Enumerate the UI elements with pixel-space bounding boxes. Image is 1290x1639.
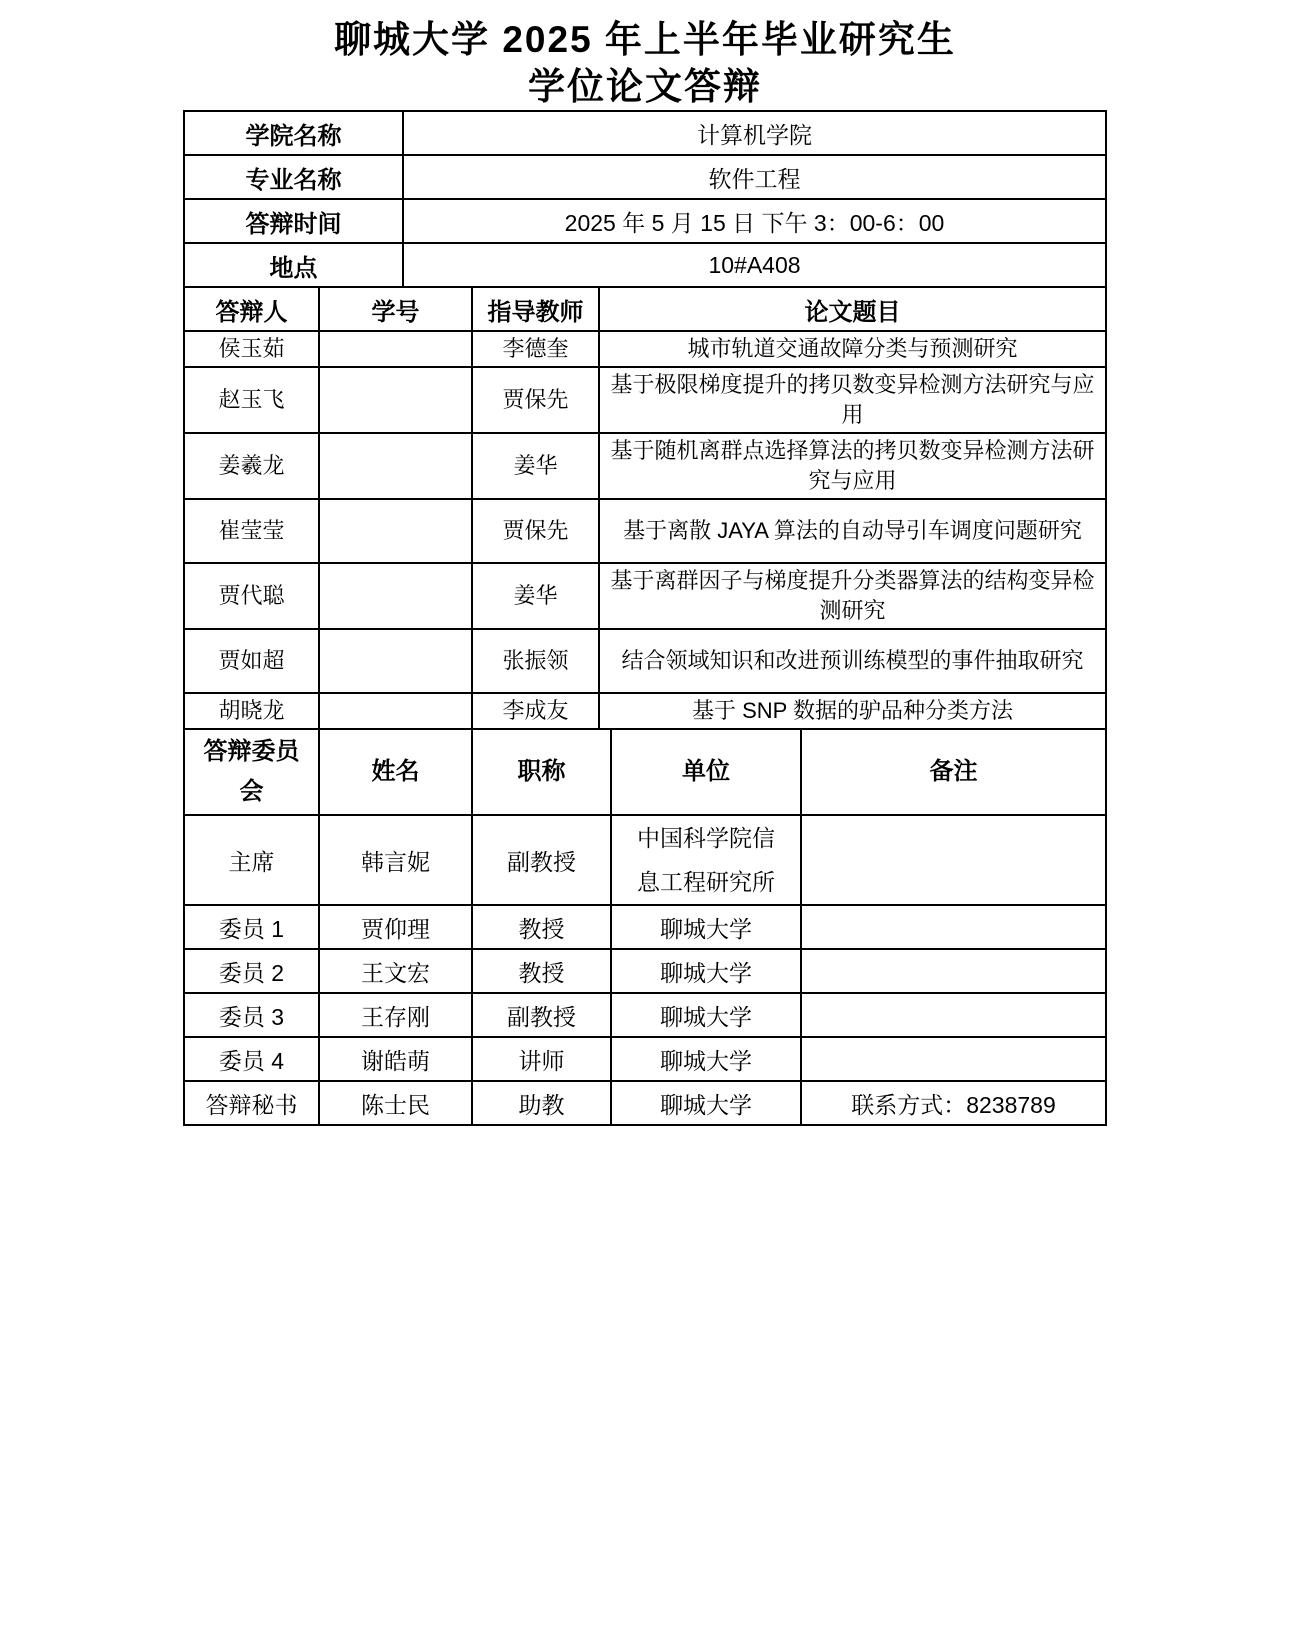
info-table: 学院名称 计算机学院 专业名称 软件工程 答辩时间 2025 年 5 月 15 … [183, 110, 1107, 288]
member-name: 贾仰理 [319, 905, 472, 949]
info-value-college: 计算机学院 [403, 111, 1106, 155]
supervisor-name: 贾保先 [472, 499, 599, 563]
info-value-time: 2025 年 5 月 15 日 下午 3：00-6：00 [403, 199, 1106, 243]
member-note [801, 815, 1106, 905]
member-name: 王存刚 [319, 993, 472, 1037]
thesis-title: 城市轨道交通故障分类与预测研究 [599, 331, 1106, 367]
info-label-location: 地点 [184, 243, 403, 287]
member-unit: 聊城大学 [611, 993, 801, 1037]
defense-row: 胡晓龙 李成友 基于 SNP 数据的驴品种分类方法 [184, 693, 1106, 729]
committee-role: 委员 1 [184, 905, 319, 949]
member-note [801, 993, 1106, 1037]
member-title: 助教 [472, 1081, 611, 1125]
committee-header-row: 答辩委员会 姓名 职称 单位 备注 [184, 729, 1106, 815]
student-id [319, 693, 472, 729]
defendant-name: 赵玉飞 [184, 367, 319, 433]
thesis-title: 基于随机离群点选择算法的拷贝数变异检测方法研究与应用 [599, 433, 1106, 499]
member-name: 谢皓萌 [319, 1037, 472, 1081]
student-id [319, 499, 472, 563]
committee-row-member2: 委员 2 王文宏 教授 聊城大学 [184, 949, 1106, 993]
thesis-title: 结合领域知识和改进预训练模型的事件抽取研究 [599, 629, 1106, 693]
committee-role: 委员 2 [184, 949, 319, 993]
supervisor-name: 姜华 [472, 433, 599, 499]
committee-row-secretary: 答辩秘书 陈士民 助教 聊城大学 联系方式：8238789 [184, 1081, 1106, 1125]
member-note [801, 1037, 1106, 1081]
page-title-line2: 学位论文答辩 [0, 63, 1290, 110]
student-id [319, 367, 472, 433]
info-row-major: 专业名称 软件工程 [184, 155, 1106, 199]
tables-wrapper: 学院名称 计算机学院 专业名称 软件工程 答辩时间 2025 年 5 月 15 … [183, 110, 1107, 1126]
member-name: 陈士民 [319, 1081, 472, 1125]
committee-row-chair: 主席 韩言妮 副教授 中国科学院信息工程研究所 [184, 815, 1106, 905]
member-note [801, 949, 1106, 993]
student-id [319, 629, 472, 693]
committee-role: 委员 4 [184, 1037, 319, 1081]
info-label-time: 答辩时间 [184, 199, 403, 243]
student-id [319, 433, 472, 499]
defendant-name: 贾代聪 [184, 563, 319, 629]
member-unit: 聊城大学 [611, 949, 801, 993]
defendant-name: 姜羲龙 [184, 433, 319, 499]
member-unit: 聊城大学 [611, 905, 801, 949]
committee-header-unit: 单位 [611, 729, 801, 815]
info-row-location: 地点 10#A408 [184, 243, 1106, 287]
committee-table: 答辩委员会 姓名 职称 单位 备注 主席 韩言妮 副教授 中国科学院信息工程研究… [183, 728, 1107, 1126]
committee-role: 主席 [184, 815, 319, 905]
defendant-name: 侯玉茹 [184, 331, 319, 367]
member-unit: 中国科学院信息工程研究所 [611, 815, 801, 905]
defense-header-defendant: 答辩人 [184, 287, 319, 331]
defense-row: 贾如超 张振领 结合领域知识和改进预训练模型的事件抽取研究 [184, 629, 1106, 693]
supervisor-name: 张振领 [472, 629, 599, 693]
supervisor-name: 姜华 [472, 563, 599, 629]
thesis-title: 基于 SNP 数据的驴品种分类方法 [599, 693, 1106, 729]
committee-header-note: 备注 [801, 729, 1106, 815]
defense-header-student-id: 学号 [319, 287, 472, 331]
member-title: 讲师 [472, 1037, 611, 1081]
defendant-name: 崔莹莹 [184, 499, 319, 563]
info-row-college: 学院名称 计算机学院 [184, 111, 1106, 155]
defendant-name: 胡晓龙 [184, 693, 319, 729]
thesis-title: 基于离散 JAYA 算法的自动导引车调度问题研究 [599, 499, 1106, 563]
defense-table: 答辩人 学号 指导教师 论文题目 侯玉茹 李德奎 城市轨道交通故障分类与预测研究… [183, 286, 1107, 730]
member-name: 韩言妮 [319, 815, 472, 905]
info-label-major: 专业名称 [184, 155, 403, 199]
document-page: 聊城大学 2025 年上半年毕业研究生 学位论文答辩 学院名称 计算机学院 专业… [0, 0, 1290, 1639]
committee-row-member4: 委员 4 谢皓萌 讲师 聊城大学 [184, 1037, 1106, 1081]
supervisor-name: 李德奎 [472, 331, 599, 367]
defense-row: 侯玉茹 李德奎 城市轨道交通故障分类与预测研究 [184, 331, 1106, 367]
page-title-line1: 聊城大学 2025 年上半年毕业研究生 [0, 16, 1290, 63]
member-note: 联系方式：8238789 [801, 1081, 1106, 1125]
defendant-name: 贾如超 [184, 629, 319, 693]
defense-row: 崔莹莹 贾保先 基于离散 JAYA 算法的自动导引车调度问题研究 [184, 499, 1106, 563]
page-title: 聊城大学 2025 年上半年毕业研究生 学位论文答辩 [0, 16, 1290, 110]
member-title: 副教授 [472, 993, 611, 1037]
supervisor-name: 李成友 [472, 693, 599, 729]
info-value-location: 10#A408 [403, 243, 1106, 287]
committee-row-member3: 委员 3 王存刚 副教授 聊城大学 [184, 993, 1106, 1037]
committee-row-member1: 委员 1 贾仰理 教授 聊城大学 [184, 905, 1106, 949]
committee-header-title: 职称 [472, 729, 611, 815]
defense-row: 姜羲龙 姜华 基于随机离群点选择算法的拷贝数变异检测方法研究与应用 [184, 433, 1106, 499]
member-title: 副教授 [472, 815, 611, 905]
info-row-time: 答辩时间 2025 年 5 月 15 日 下午 3：00-6：00 [184, 199, 1106, 243]
info-value-major: 软件工程 [403, 155, 1106, 199]
defense-row: 赵玉飞 贾保先 基于极限梯度提升的拷贝数变异检测方法研究与应用 [184, 367, 1106, 433]
member-unit: 聊城大学 [611, 1037, 801, 1081]
student-id [319, 331, 472, 367]
thesis-title: 基于离群因子与梯度提升分类器算法的结构变异检测研究 [599, 563, 1106, 629]
member-title: 教授 [472, 949, 611, 993]
committee-header-name: 姓名 [319, 729, 472, 815]
defense-header-thesis: 论文题目 [599, 287, 1106, 331]
defense-header-row: 答辩人 学号 指导教师 论文题目 [184, 287, 1106, 331]
member-unit: 聊城大学 [611, 1081, 801, 1125]
supervisor-name: 贾保先 [472, 367, 599, 433]
info-label-college: 学院名称 [184, 111, 403, 155]
student-id [319, 563, 472, 629]
committee-role: 委员 3 [184, 993, 319, 1037]
member-note [801, 905, 1106, 949]
committee-header-committee: 答辩委员会 [184, 729, 319, 815]
member-name: 王文宏 [319, 949, 472, 993]
thesis-title: 基于极限梯度提升的拷贝数变异检测方法研究与应用 [599, 367, 1106, 433]
member-title: 教授 [472, 905, 611, 949]
defense-row: 贾代聪 姜华 基于离群因子与梯度提升分类器算法的结构变异检测研究 [184, 563, 1106, 629]
defense-header-supervisor: 指导教师 [472, 287, 599, 331]
committee-role: 答辩秘书 [184, 1081, 319, 1125]
